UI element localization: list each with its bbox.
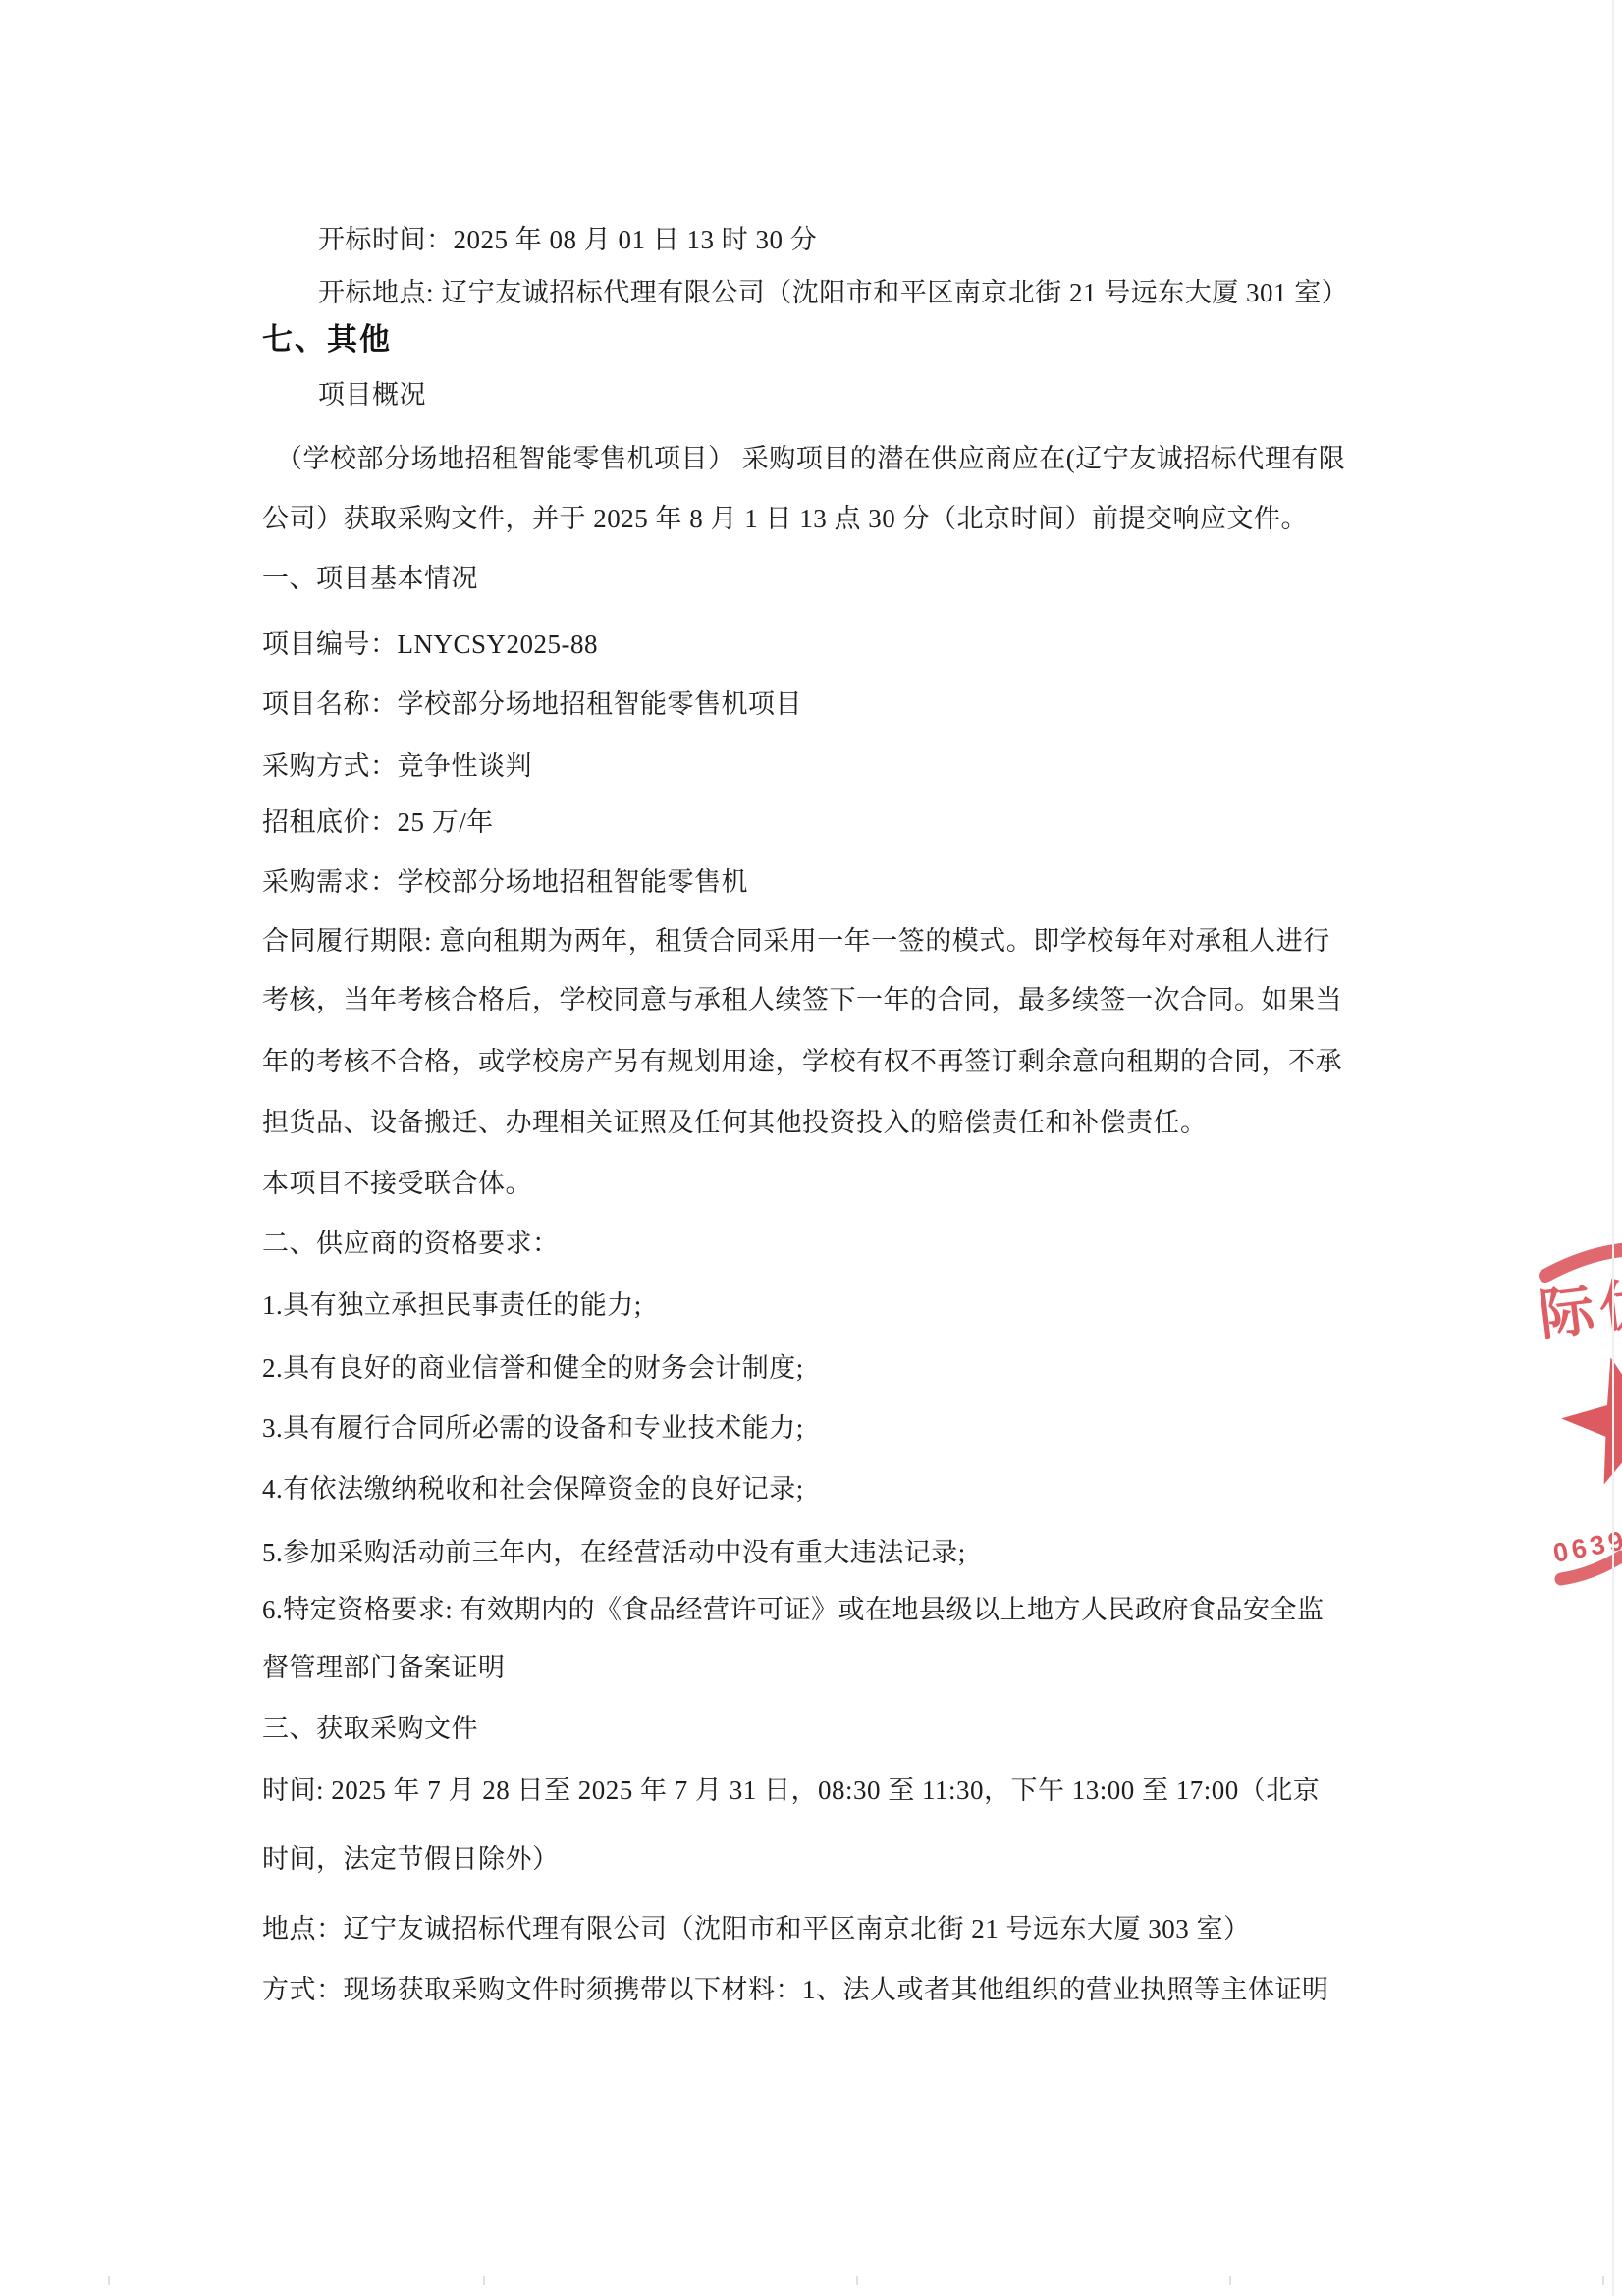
scan-artifact <box>1229 2276 1231 2285</box>
doc-line-no-consortium: 本项目不接受联合体。 <box>262 1167 532 1200</box>
doc-line-bid-opening-place: 开标地点: 辽宁友诚招标代理有限公司（沈阳市和平区南京北街 21 号远东大厦 3… <box>318 276 1348 309</box>
doc-line-obtain-method: 方式：现场获取采购文件时须携带以下材料：1、法人或者其他组织的营业执照等主体证明 <box>262 1973 1329 2006</box>
section-heading-other: 七、其他 <box>262 323 392 356</box>
section-heading-basic-info: 一、项目基本情况 <box>262 562 478 595</box>
doc-line-qualification-5: 5.参加采购活动前三年内，在经营活动中没有重大违法记录; <box>262 1536 966 1569</box>
doc-line-procurement-demand: 采购需求：学校部分场地招租智能零售机 <box>262 865 748 899</box>
doc-line-bid-opening-time: 开标时间：2025 年 08 月 01 日 13 时 30 分 <box>318 223 817 256</box>
doc-line-qualification-3: 3.具有履行合同所必需的设备和专业技术能力; <box>262 1411 804 1445</box>
doc-line-base-rent: 招租底价：25 万/年 <box>262 805 494 839</box>
doc-line-obtain-time-1: 时间: 2025 年 7 月 28 日至 2025 年 7 月 31 日，08:… <box>262 1774 1320 1807</box>
scan-artifact <box>1602 2276 1604 2285</box>
scan-artifact <box>483 2276 485 2285</box>
scan-artifact <box>856 2276 858 2285</box>
red-seal-stamp: 际优 0639 <box>1492 1232 1622 1596</box>
doc-line-contract-term-4: 担货品、设备搬迁、办理相关证照及任何其他投资投入的赔偿责任和补偿责任。 <box>262 1106 1208 1139</box>
doc-line-obtain-time-2: 时间，法定节假日除外） <box>262 1842 560 1876</box>
doc-line-qualification-2: 2.具有良好的商业信誉和健全的财务会计制度; <box>262 1351 804 1385</box>
doc-line-paragraph-2: 公司）获取采购文件，并于 2025 年 8 月 1 日 13 点 30 分（北京… <box>262 502 1308 535</box>
doc-line-procurement-method: 采购方式：竞争性谈判 <box>262 749 532 783</box>
doc-line-contract-term-3: 年的考核不合格，或学校房产另有规划用途，学校有权不再签订剩余意向租期的合同，不承 <box>262 1045 1342 1078</box>
doc-line-paragraph-1: （学校部分场地招租智能零售机项目） 采购项目的潜在供应商应在(辽宁友诚招标代理有… <box>276 442 1345 475</box>
doc-line-project-number: 项目编号：LNYCSY2025-88 <box>262 628 598 661</box>
doc-line-qualification-1: 1.具有独立承担民事责任的能力; <box>262 1288 642 1322</box>
stamp-ring-top-arc <box>1545 1250 1621 1276</box>
scan-edge-line <box>1612 0 1614 2296</box>
section-heading-qualifications: 二、供应商的资格要求： <box>262 1227 560 1260</box>
doc-line-contract-term-2: 考核，当年考核合格后，学校同意与承租人续签下一年的合同，最多续签一次合同。如果当 <box>262 983 1342 1016</box>
doc-line-qualification-6a: 6.特定资格要求: 有效期内的《食品经营许可证》或在地县级以上地方人民政府食品安… <box>262 1593 1325 1626</box>
doc-line-qualification-6b: 督管理部门备案证明 <box>262 1651 506 1684</box>
scan-artifact <box>108 2276 110 2285</box>
doc-line-obtain-place: 地点：辽宁友诚招标代理有限公司（沈阳市和平区南京北街 21 号远东大厦 303 … <box>262 1912 1251 1945</box>
doc-line-contract-term-1: 合同履行期限: 意向租期为两年，租赁合同采用一年一签的模式。即学校每年对承租人进… <box>262 924 1330 957</box>
section-heading-obtain-documents: 三、获取采购文件 <box>262 1712 478 1745</box>
stamp-characters: 际优 <box>1536 1272 1622 1347</box>
scanned-document-page: 开标时间：2025 年 08 月 01 日 13 时 30 分 开标地点: 辽宁… <box>0 0 1622 2296</box>
doc-line-project-overview: 项目概况 <box>318 378 426 411</box>
doc-line-project-name: 项目名称：学校部分场地招租智能零售机项目 <box>262 687 802 721</box>
doc-line-qualification-4: 4.有依法缴纳税收和社会保障资金的良好记录; <box>262 1472 804 1505</box>
